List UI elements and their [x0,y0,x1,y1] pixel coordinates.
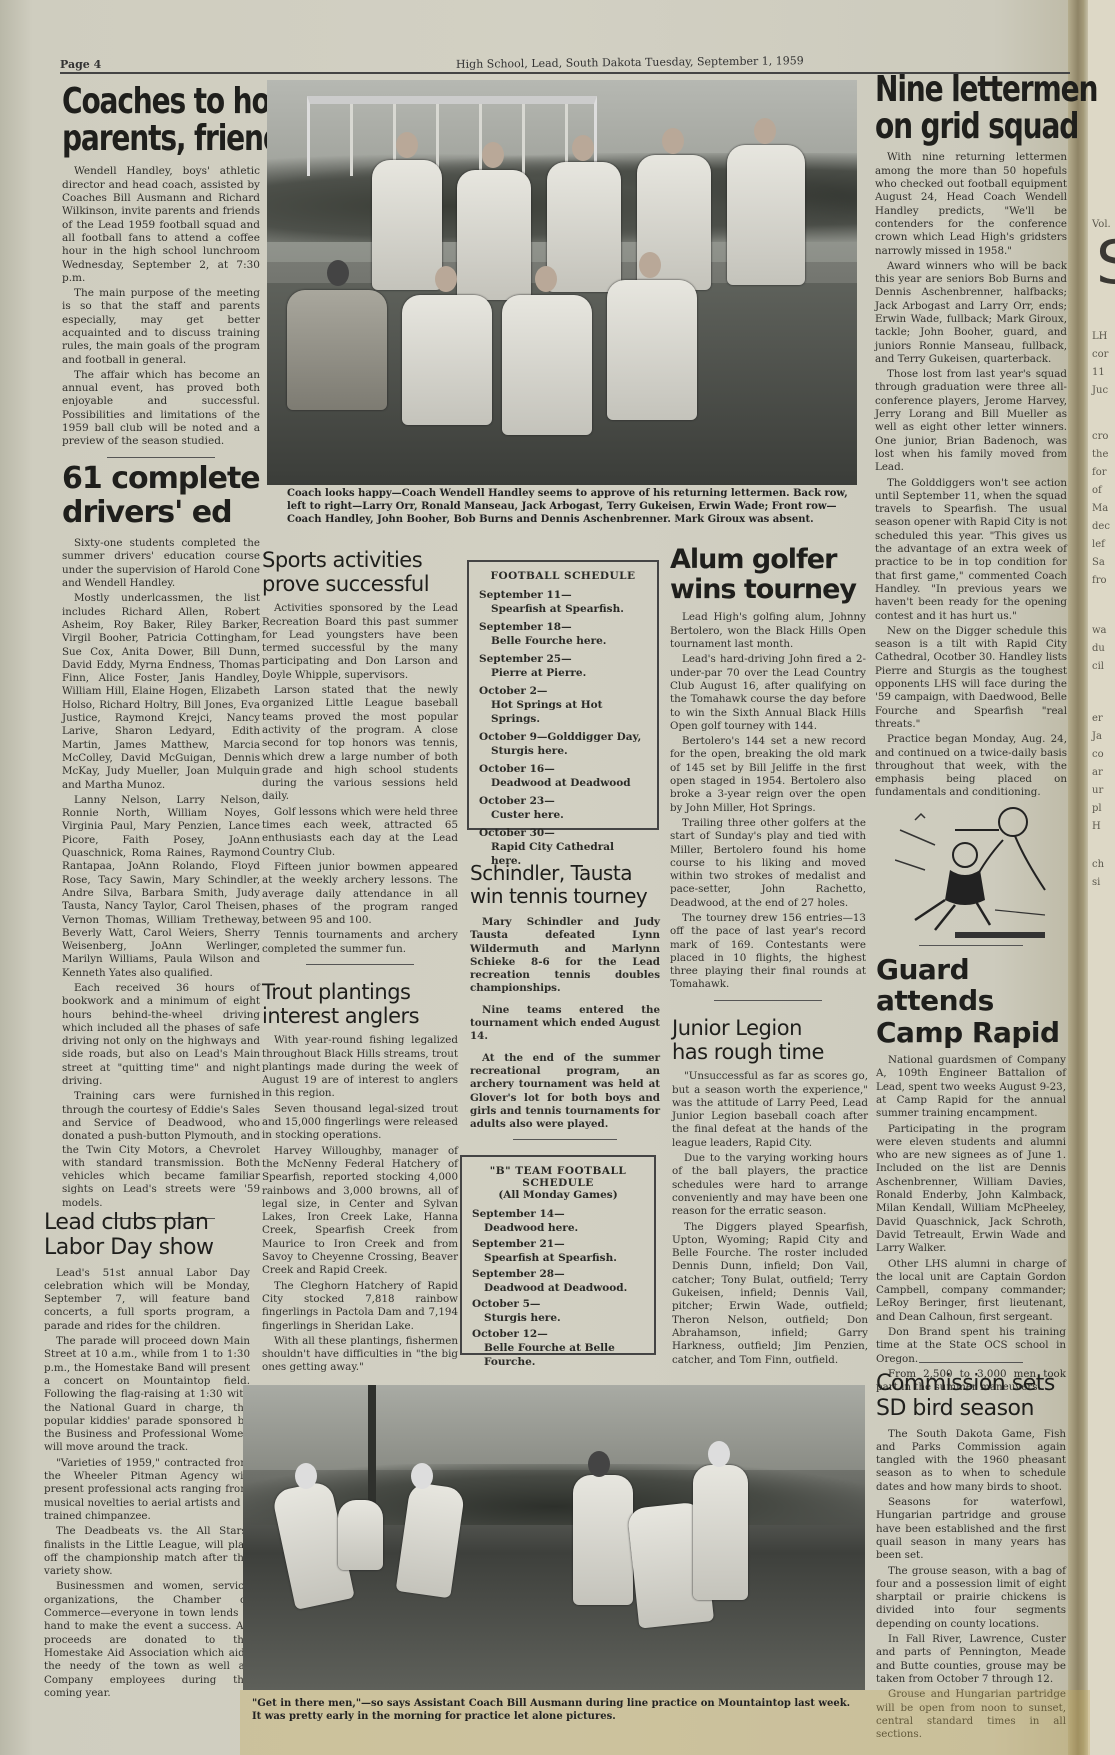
player-figure [573,1475,633,1605]
adjacent-page-edge: Vol. S LH cor 11 Juc cro the for of Ma d… [1088,0,1115,1755]
football-players-cartoon-icon [895,800,1055,940]
schedule-item: October 5—Sturgis here. [472,1297,644,1325]
player-figure [372,160,442,290]
schedule-item: October 9—Golddigger Day,Sturgis here. [479,730,647,758]
adjacent-fragment: for [1092,466,1107,480]
schedule-item: September 18—Belle Fourche here. [479,620,647,648]
player-figure [693,1465,748,1600]
adjacent-fragment: cor [1092,348,1108,362]
adjacent-fragment: pl [1092,802,1102,816]
headline: Sports activities prove successful [262,548,458,596]
adjacent-fragment: si [1092,876,1100,890]
article-body: Sixty-one students completed the summer … [62,537,260,1210]
adjacent-fragment: Ma [1092,502,1108,516]
adjacent-fragment: dec [1092,520,1110,534]
player-figure [502,295,592,435]
adjacent-fragment: ch [1092,858,1104,872]
team-photo-caption: Coach looks happy—Coach Wendell Handley … [287,487,852,526]
adjacent-fragment: du [1092,642,1105,656]
article-tennis-tourney: Schindler, Tausta win tennis tourney Mar… [470,862,660,1148]
article-sports-activities: Sports activities prove successful Activ… [262,548,458,973]
headline: Junior Legion has rough time [672,1016,868,1064]
headline: Trout plantings interest anglers [262,980,458,1028]
adjacent-fragment: Sa [1092,556,1105,570]
divider [107,457,216,458]
player-figure [457,170,531,300]
adjacent-fragment: co [1092,748,1104,762]
article-coaches-host: Coaches to host parents, friends Wendell… [62,84,260,466]
article-body: With year-round fishing legalized throug… [262,1034,458,1374]
article-body: Mary Schindler and Judy Tausta defeated … [470,916,660,1131]
coach-figure [287,290,387,410]
adjacent-fragment: LH [1092,330,1107,344]
headline: Lead clubs plan Labor Day show [44,1210,250,1261]
page-gutter [1068,0,1090,1755]
article-body: Activities sponsored by the Lead Recreat… [262,602,458,956]
player-figure [607,280,697,420]
article-junior-legion: Junior Legion has rough time "Unsuccessf… [672,1016,868,1369]
adjacent-fragment: cil [1092,660,1104,674]
article-body: Lead's 51st annual Labor Day celebration… [44,1267,250,1701]
schedule-item: October 16—Deadwood at Deadwood [479,762,647,790]
article-alum-golfer: Alum golfer wins tourney Lead High's gol… [670,545,866,1009]
adjacent-fragment: er [1092,712,1103,726]
adjacent-fragment: of [1092,484,1102,498]
article-body: "Unsuccessful as far as scores go, but a… [672,1070,868,1367]
schedule-item: September 14—Deadwood here. [472,1207,644,1235]
article-body: Lead High's golfing alum, Johnny Bertole… [670,611,866,991]
adjacent-fragment: cro [1092,430,1108,444]
schedule-item: October 23—Custer here. [479,794,647,822]
team-photo [267,80,857,485]
schedule-item: September 28—Deadwood at Deadwood. [472,1267,644,1295]
player-figure [727,145,805,285]
schedule-item: September 25—Pierre at Pierre. [479,652,647,680]
article-bird-season: Commission sets SD bird season The South… [876,1362,1066,1743]
article-drivers-ed: 61 complete drivers' ed Sixty-one studen… [62,462,260,1227]
schedule-subtitle: (All Monday Games) [472,1189,644,1201]
player-figure [402,295,492,425]
adjacent-fragment: wa [1092,624,1107,638]
practice-photo-caption: "Get in there men,"—so says Assistant Co… [252,1697,852,1723]
divider [714,1000,822,1001]
player-figure [547,162,621,292]
divider [919,1362,1024,1363]
adjacent-fragment: 11 [1092,366,1105,380]
adjacent-fragment: fro [1092,574,1107,588]
headline: Schindler, Tausta win tennis tourney [470,862,660,908]
schedule-title: "B" TEAM FOOTBALL SCHEDULE [472,1165,644,1189]
adjacent-fragment: ar [1092,766,1103,780]
adjacent-headline-letter: S [1096,228,1115,298]
schedule-item: October 2—Hot Springs at Hot Springs. [479,684,647,726]
article-body: Wendell Handley, boys' athletic director… [62,165,260,448]
adjacent-fragment: H [1092,820,1101,834]
schedule-title: FOOTBALL SCHEDULE [479,570,647,582]
schedule-item: October 12—Belle Fourche at Belle Fourch… [472,1327,644,1369]
schedule-item: September 11—Spearfish at Spearfish. [479,588,647,616]
headline: Guard attends Camp Rapid [876,954,1066,1048]
article-guard-camp: Guard attends Camp Rapid National guards… [876,945,1066,1397]
headline: Alum golfer wins tourney [670,545,866,605]
adjacent-fragment: ur [1092,784,1103,798]
headline: Coaches to host parents, friends [62,84,216,157]
article-labor-day: Lead clubs plan Labor Day show Lead's 51… [44,1210,250,1702]
adjacent-fragment: lef [1092,538,1105,552]
adjacent-fragment: Juc [1092,384,1108,398]
article-trout-plantings: Trout plantings interest anglers With ye… [262,980,458,1377]
headline: Nine lettermen on grid squad [875,72,1025,145]
b-team-schedule-box: "B" TEAM FOOTBALL SCHEDULE (All Monday G… [460,1155,656,1355]
football-schedule-box: FOOTBALL SCHEDULE September 11—Spearfish… [467,560,659,830]
divider [919,945,1024,946]
headline: Commission sets SD bird season [876,1371,1066,1422]
adjacent-fragment: the [1092,448,1108,462]
schedule-item: September 21—Spearfish at Spearfish. [472,1237,644,1265]
article-body: With nine returning lettermen among the … [875,151,1067,799]
player-figure [338,1500,383,1570]
practice-photo [243,1385,865,1690]
article-body: National guardsmen of Company A, 109th E… [876,1054,1066,1394]
grandstand [307,96,597,176]
adjacent-fragment: Ja [1092,730,1102,744]
divider [306,964,414,965]
divider [513,1139,618,1140]
headline: 61 complete drivers' ed [62,462,260,529]
article-nine-lettermen: Nine lettermen on grid squad With nine r… [875,72,1067,802]
page-number: Page 4 [60,58,101,71]
